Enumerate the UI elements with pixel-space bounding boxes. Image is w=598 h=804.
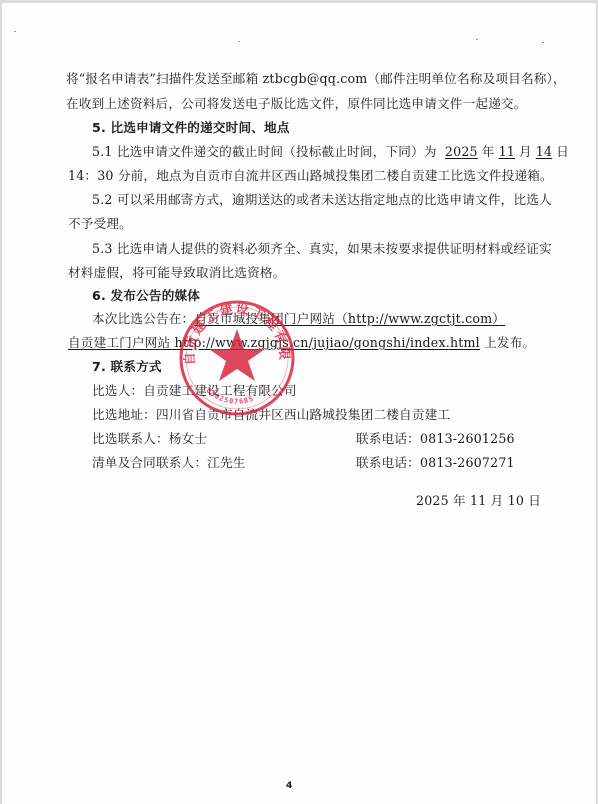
deadline-year: 2025	[441, 144, 482, 160]
tenderer-value: 自贡建工建设工程有限公司	[143, 383, 297, 398]
day-unit: 日	[556, 144, 569, 159]
section5-item2-line2: 不予受理。	[68, 216, 132, 232]
contact1-phone: 0813-2601256	[420, 431, 515, 446]
intro-text-1: 将“报名申请表”扫描件发送至邮箱 ztbcgb@qq.com（邮件注明单位名称及…	[66, 71, 566, 86]
scan-speck	[476, 39, 478, 40]
contact1-phone-label: 联系电话：	[356, 431, 420, 446]
section5-item3-line1: 5.3 比选申请人提供的资料必须齐全、真实，如果未按要求提供证明材料或经证实	[92, 241, 552, 257]
contact2-label: 清单及合同联系人：	[92, 455, 207, 470]
contact2-name: 江先生	[207, 455, 245, 470]
section5-heading: 5. 比选申请文件的递交时间、地点	[92, 120, 290, 136]
deadline-prefix: 5.1 比选申请文件递交的截止时间（投标截止时间，下同）为	[92, 144, 437, 159]
tenderer-row: 比选人：自贡建工建设工程有限公司	[92, 383, 297, 399]
contact1-row: 比选联系人：杨女士	[92, 431, 207, 447]
scan-speck	[238, 41, 240, 42]
section6-line2: 自贡建工门户网站 http://www.zgjgjs.cn/jujiao/gon…	[68, 335, 535, 351]
publish-suffix: 上发布。	[480, 335, 535, 350]
contact1-name: 杨女士	[169, 431, 207, 446]
contact2-phone-row: 联系电话：0813-2607271	[356, 455, 515, 471]
intro-line-1: 将“报名申请表”扫描件发送至邮箱 ztbcgb@qq.com（邮件注明单位名称及…	[66, 71, 566, 87]
section5-item1-line1: 5.1 比选申请文件递交的截止时间（投标截止时间，下同）为 2025年11月14…	[92, 144, 569, 160]
contact2-phone-label: 联系电话：	[356, 455, 420, 470]
tenderer-label: 比选人：	[92, 383, 143, 398]
contact1-label: 比选联系人：	[92, 431, 169, 446]
month-unit: 月	[519, 144, 532, 159]
scan-speck	[14, 31, 16, 32]
year-unit: 年	[482, 144, 495, 159]
section5-item2-line1: 5.2 可以采用邮寄方式，逾期送达的或者未送达指定地点的比选申请文件，比选人	[92, 192, 552, 208]
contact2-phone: 0813-2607271	[420, 455, 515, 470]
section6-heading: 6. 发布公告的媒体	[92, 288, 200, 304]
zgjgjs-website-link[interactable]: 自贡建工门户网站 http://www.zgjgjs.cn/jujiao/gon…	[68, 335, 480, 350]
section7-heading: 7. 联系方式	[92, 359, 162, 375]
publish-prefix: 本次比选公告在：	[92, 311, 194, 326]
address-value: 四川省自贡市自流井区西山路城投集团二楼自贡建工	[156, 407, 450, 422]
address-label: 比选地址：	[92, 407, 156, 422]
svg-text:自贡建工建设工程有限公司: 自贡建工建设工程有限公司	[178, 299, 291, 366]
contact1-phone-row: 联系电话：0813-2601256	[356, 431, 515, 447]
page-number: 4	[286, 781, 292, 791]
intro-text-2: 在收到上述资料后，公司将发送电子版比选文件，原件同比选申请文件一起递交。	[66, 96, 527, 111]
deadline-day: 14	[532, 144, 556, 160]
scan-speck	[542, 42, 544, 43]
section5-item3-line2: 材料虚假，将可能导致取消比选资格。	[68, 265, 286, 281]
section5-item1-line2: 14：30 分前，地点为自贡市自流井区西山路城投集团二楼自贡建工比选文件投递箱。	[68, 168, 553, 184]
deadline-month: 11	[495, 144, 519, 160]
address-row: 比选地址：四川省自贡市自流井区西山路城投集团二楼自贡建工	[92, 407, 450, 423]
section6-line1: 本次比选公告在：自贡市城投集团门户网站（http://www.zgctjt.co…	[92, 311, 505, 327]
intro-line-2: 在收到上述资料后，公司将发送电子版比选文件，原件同比选申请文件一起递交。	[66, 96, 527, 112]
document-page: 将“报名申请表”扫描件发送至邮箱 ztbcgb@qq.com（邮件注明单位名称及…	[2, 3, 596, 804]
zgctjt-website-link[interactable]: 自贡市城投集团门户网站（http://www.zgctjt.com）	[194, 311, 505, 326]
signature-date: 2025 年 11 月 10 日	[416, 493, 541, 509]
contact2-row: 清单及合同联系人：江先生	[92, 455, 246, 471]
